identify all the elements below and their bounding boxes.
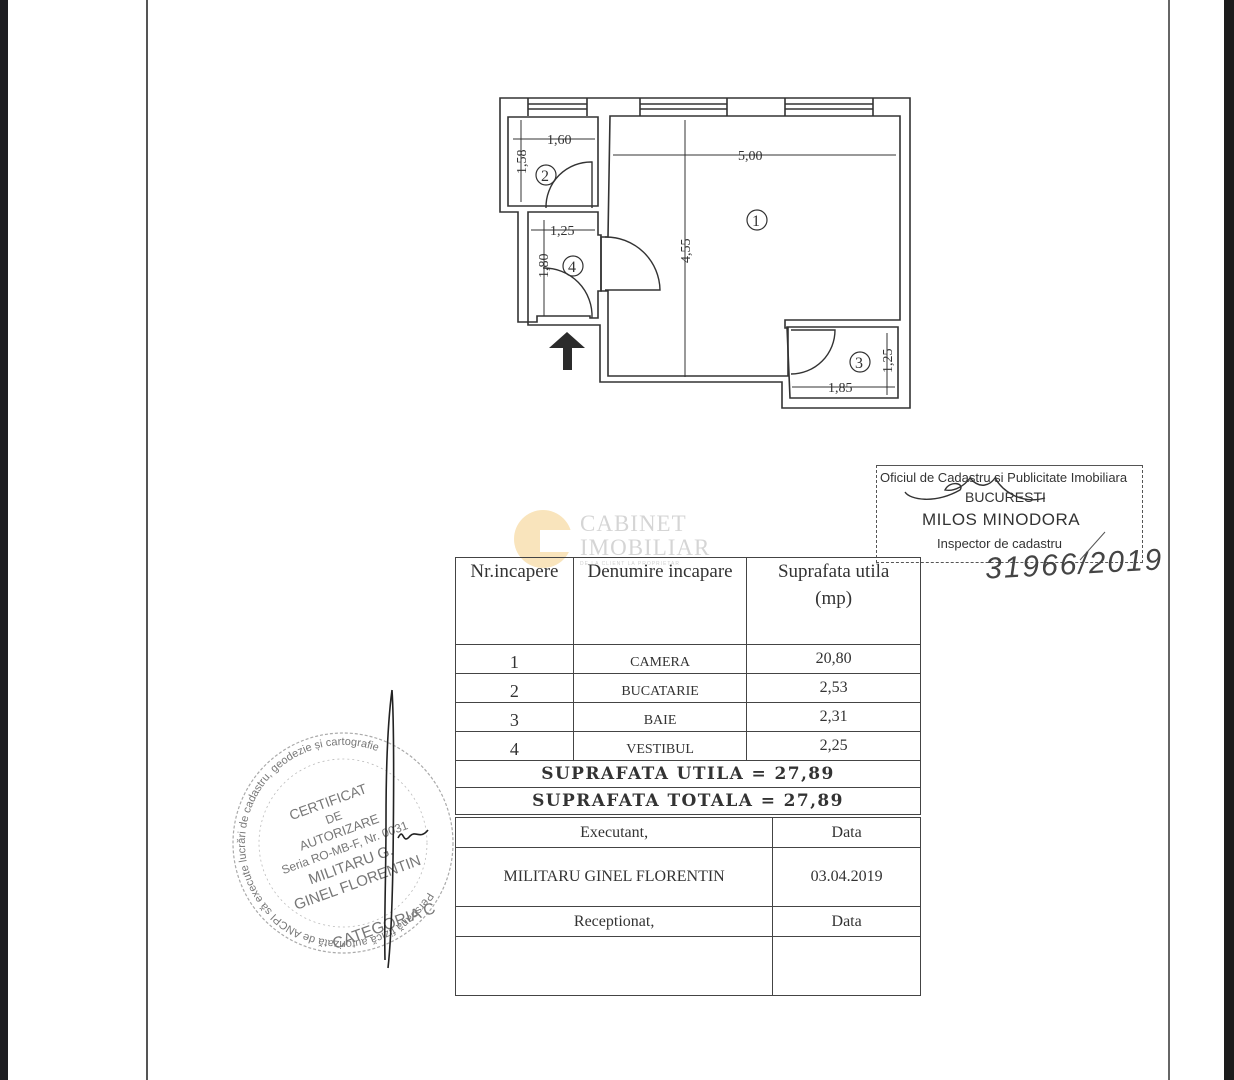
row-name: CAMERA: [573, 645, 746, 674]
row-name: VESTIBUL: [573, 732, 746, 761]
authorization-stamp: Persoană fizică autorizată de ANCPI să e…: [228, 728, 458, 958]
table-row: 4 VESTIBUL 2,25: [456, 732, 921, 761]
page-left-margin-line: [146, 0, 148, 1080]
row-nr: 2: [456, 674, 574, 703]
dim-room-width: 5,00: [738, 149, 763, 164]
row-area: 2,25: [747, 732, 921, 761]
header-nr: Nr.incapere: [456, 558, 574, 645]
watermark-line1: CABINET: [580, 512, 687, 535]
total-useful-area: SUPRAFATA UTILA = 27,89: [456, 761, 921, 788]
row-nr: 4: [456, 732, 574, 761]
room-marker-2: 2: [541, 168, 549, 185]
viewer-right-edge: [1224, 0, 1234, 1080]
total-useful-row: SUPRAFATA UTILA = 27,89: [456, 761, 921, 788]
table-row: 2 BUCATARIE 2,53: [456, 674, 921, 703]
dim-room-height: 4,55: [679, 239, 694, 264]
rooms-table: Nr.incapere Denumire incapare Suprafata …: [455, 557, 921, 815]
executant-date-label: Data: [773, 818, 921, 848]
receptionat-date: [773, 937, 921, 996]
dim-kitchen-width: 1,60: [547, 133, 572, 148]
table-row: 1 CAMERA 20,80: [456, 645, 921, 674]
executant-label: Executant,: [456, 818, 773, 848]
room-marker-3: 3: [855, 355, 863, 372]
header-area: Suprafata utila (mp): [747, 558, 921, 645]
row-area: 2,53: [747, 674, 921, 703]
dim-bath-height: 1,25: [881, 349, 896, 374]
dim-kitchen-height: 1,58: [515, 150, 530, 175]
room-marker-1: 1: [752, 213, 760, 230]
total-overall-row: SUPRAFATA TOTALA = 27,89: [456, 788, 921, 815]
dim-hall-width: 1,25: [550, 224, 575, 239]
room-number-markers: 1 2 3 4: [536, 165, 870, 372]
row-name: BUCATARIE: [573, 674, 746, 703]
executant-name: MILITARU GINEL FLORENTIN: [456, 848, 773, 907]
arrow-up-icon: [549, 332, 585, 370]
dim-bath-width: 1,85: [828, 381, 853, 396]
watermark-line2: IMOBILIAR: [580, 536, 710, 559]
ocpi-office: Oficiul de Cadastru si Publicitate Imobi…: [880, 470, 1127, 485]
header-name: Denumire incapare: [573, 558, 746, 645]
total-overall-area: SUPRAFATA TOTALA = 27,89: [456, 788, 921, 815]
receptionat-name: [456, 937, 773, 996]
table-header-row: Nr.incapere Denumire incapare Suprafata …: [456, 558, 921, 645]
receptionat-label: Receptionat,: [456, 907, 773, 937]
page-right-margin-line: [1168, 0, 1170, 1080]
table-row: 3 BAIE 2,31: [456, 703, 921, 732]
row-area: 2,31: [747, 703, 921, 732]
row-nr: 1: [456, 645, 574, 674]
viewer-left-edge: [0, 0, 8, 1080]
row-nr: 3: [456, 703, 574, 732]
row-area: 20,80: [747, 645, 921, 674]
executant-date: 03.04.2019: [773, 848, 921, 907]
receptionat-date-label: Data: [773, 907, 921, 937]
ocpi-inspector-name: MILOS MINODORA: [922, 510, 1080, 530]
signature-table: Executant, Data MILITARU GINEL FLORENTIN…: [455, 817, 921, 996]
room-marker-4: 4: [568, 259, 576, 276]
floor-plan: 1,60 1,58 5,00 4,55 1,25 1,80 1,85 1,25 …: [495, 90, 915, 410]
row-name: BAIE: [573, 703, 746, 732]
dim-hall-height: 1,80: [537, 254, 552, 279]
ocpi-city: BUCURESTI: [965, 489, 1046, 505]
